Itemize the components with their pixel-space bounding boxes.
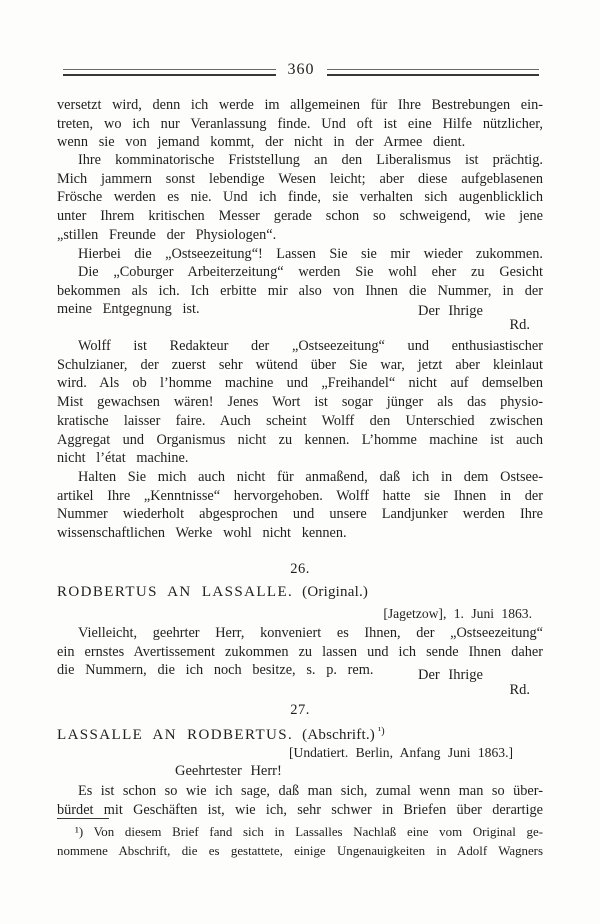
footnote-rule	[57, 818, 109, 819]
letter-27-heading-note: (Abschrift.)	[302, 727, 375, 743]
book-page: 360 versetzt wird, denn ich werde im all…	[0, 0, 600, 924]
letter-27-heading-title: LASSALLE AN RODBERTUS.	[57, 727, 293, 743]
paragraph: Hierbei die „Ostseezeitung“! Lassen Sie …	[57, 245, 543, 264]
signature-name: Der Ihrige	[418, 667, 483, 684]
letter-27-number: 27.	[57, 701, 543, 719]
letter-27-heading: LASSALLE AN RODBERTUS.(Abschrift.)¹)	[57, 722, 385, 745]
text-line: Hierbei die „Ostseezeitung“! Lassen Sie …	[57, 245, 543, 264]
text-line: Die „Coburger Arbeiterzeitung“ werden Si…	[57, 263, 543, 282]
text-line: Mich jammern sonst lebendige Wesen leich…	[57, 170, 543, 189]
footnote-reference: ¹)	[378, 726, 385, 737]
footnote: ¹) Von diesem Brief fand sich in Lassall…	[57, 823, 543, 860]
text-line: artikel Ihre „Kenntnisse“ hervorgehoben.…	[57, 487, 543, 506]
page-number: 360	[276, 58, 327, 82]
text-line: kratische laisser faire. Auch scheint Wo…	[57, 412, 543, 431]
letter-26-heading-note: (Original.)	[302, 584, 368, 600]
text-line: Ihre komminatorische Friststellung an de…	[57, 151, 543, 170]
text-line: Halten Sie mich auch nicht für anmaßend,…	[57, 468, 543, 487]
letter-26-dateline: [Jagetzow], 1. Juni 1863.	[383, 605, 532, 622]
signature-initial: Rd.	[509, 317, 530, 334]
letter-26-number: 26.	[57, 560, 543, 578]
text-line: Schulzianer, der zuerst sehr wütend über…	[57, 356, 543, 375]
text-line: bürdet mit Geschäften ist, wie ich, sehr…	[57, 801, 543, 820]
text-line: wird. Als ob l’homme machine und „Freiha…	[57, 374, 543, 393]
letter-27-dateline: [Undatiert. Berlin, Anfang Juni 1863.]	[289, 744, 513, 761]
letter-26-heading: RODBERTUS AN LASSALLE.(Original.)	[57, 583, 368, 602]
paragraph: Ihre komminatorische Friststellung an de…	[57, 151, 543, 245]
paragraph: versetzt wird, denn ich werde im allgeme…	[57, 96, 543, 152]
text-line: „stillen Freunde der Physiologen“.	[57, 226, 543, 245]
text-line: Es ist schon so wie ich sage, daß man si…	[57, 782, 543, 801]
paragraph: Wolff ist Redakteur der „Ostseezeitung“ …	[57, 337, 543, 468]
letter-26-heading-title: RODBERTUS AN LASSALLE.	[57, 584, 293, 600]
header-rule-right	[327, 69, 540, 76]
text-line: nicht l’état machine.	[57, 449, 543, 468]
text-line: Nummer wiederholt abgesprochen und unser…	[57, 505, 543, 524]
header-rule-left	[63, 69, 276, 76]
salutation: Geehrtester Herr!	[175, 762, 282, 780]
signature-initial: Rd.	[509, 682, 530, 699]
text-line: Frösche werden es nie. Und ich finde, si…	[57, 188, 543, 207]
text-line: unter Ihrem kritischen Messer gerade sch…	[57, 207, 543, 226]
text-line: ein ernstes Avertissement zukommen zu la…	[57, 643, 543, 662]
signature-name: Der Ihrige	[418, 303, 483, 320]
paragraph: Halten Sie mich auch nicht für anmaßend,…	[57, 468, 543, 543]
text-line: versetzt wird, denn ich werde im allgeme…	[57, 96, 543, 115]
text-line: Mist gewachsen wären! Jenes Wort ist sog…	[57, 393, 543, 412]
footnote-line: ¹) Von diesem Brief fand sich in Lassall…	[57, 823, 543, 842]
text-line: Aggregat und Organismus nicht zu kennen.…	[57, 431, 543, 450]
text-line: bekommen als ich. Ich erbitte mir also v…	[57, 282, 543, 301]
text-line: Wolff ist Redakteur der „Ostseezeitung“ …	[57, 337, 543, 356]
text-line: Vielleicht, geehrter Herr, konveniert es…	[57, 624, 543, 643]
paragraph: Es ist schon so wie ich sage, daß man si…	[57, 782, 543, 819]
text-line: wenn sie von jemand kommt, der nicht in …	[57, 133, 543, 152]
running-head: 360	[63, 58, 539, 82]
footnote-line: nommene Abschrift, die es gestattete, ei…	[57, 842, 543, 861]
text-line: wissenschaftlichen Werke wohl nicht kenn…	[57, 524, 543, 543]
text-line: treten, wo ich nur Veranlassung finde. U…	[57, 115, 543, 134]
